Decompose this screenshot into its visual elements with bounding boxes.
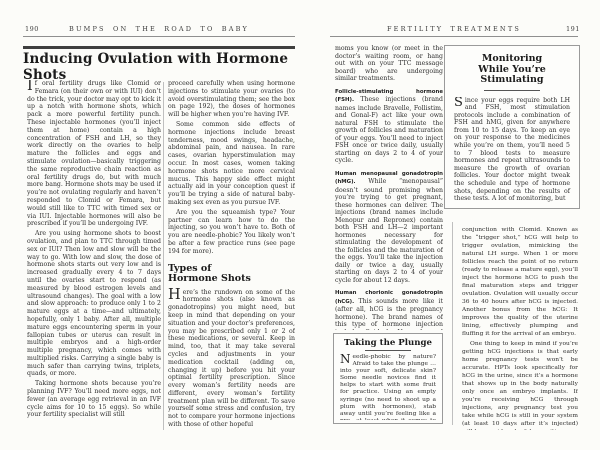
- box-title-rule: [365, 350, 411, 351]
- box-title-line: Monitoring: [445, 54, 579, 65]
- right-column-1: moms you know (or meet in the doctor’s w…: [335, 45, 443, 330]
- running-head-left: BUMPS ON THE ROAD TO BABY: [23, 25, 295, 33]
- fsh-paragraph: Follicle-stimulating hormone (FSH). Thes…: [335, 88, 443, 165]
- drop-cap: I: [27, 80, 35, 92]
- paragraph: One thing to keep in mind if you’re gett…: [462, 340, 578, 430]
- paragraph: proceed carefully when using hormone inj…: [168, 80, 295, 119]
- subhead-types-of-hormone-shots: Types of Hormone Shots: [168, 264, 295, 285]
- drop-cap: N: [340, 354, 353, 365]
- paragraph: moms you know (or meet in the doctor’s w…: [335, 45, 443, 83]
- section-title: Inducing Ovulation with Hormone Shots: [23, 51, 295, 83]
- page-number-right: 191: [566, 25, 580, 33]
- paragraph: conjunction with Clomid. Known as the “t…: [462, 226, 578, 338]
- box-title: Taking the Plunge: [334, 338, 442, 348]
- box-title-rule: [484, 90, 540, 91]
- paragraph: If oral fertility drugs like Clomid or F…: [27, 80, 161, 228]
- drop-cap: H: [168, 289, 183, 301]
- book-spread: 190 BUMPS ON THE ROAD TO BABY Inducing O…: [0, 0, 600, 450]
- subhead-line: Hormone Shots: [168, 274, 295, 285]
- left-column-1: If oral fertility drugs like Clomid or F…: [27, 80, 161, 434]
- section-rule: [23, 46, 295, 49]
- box-title-line: Stimulating: [445, 75, 579, 86]
- hcg-paragraph: Human chorionic gonadotropin (hCG). This…: [335, 289, 443, 330]
- running-head-right: FERTILITY TREATMENTS: [330, 25, 578, 33]
- column-divider-left: [163, 82, 164, 430]
- header-rule-right: [330, 36, 578, 37]
- column-divider-right: [452, 222, 453, 425]
- paragraph: Some common side effects of hormone inje…: [168, 121, 295, 207]
- taking-the-plunge-box: Taking the Plunge Needle-phobic by natur…: [333, 333, 443, 424]
- paragraph: Are you using hormone shots to boost ovu…: [27, 230, 161, 378]
- box-title: Monitoring While You’re Stimulating: [445, 54, 579, 86]
- drop-cap: S: [454, 97, 465, 109]
- right-column-2: conjunction with Clomid. Known as the “t…: [462, 226, 578, 430]
- box-text: Since your eggs require both LH and FSH,…: [445, 97, 579, 205]
- paragraph: Are you the squeamish type? Your partner…: [168, 209, 295, 256]
- box-text: Needle-phobic by nature? Afraid to take …: [334, 354, 442, 420]
- header-rule-left: [23, 36, 295, 37]
- paragraph: Taking hormone shots because you’re plan…: [27, 380, 161, 419]
- left-column-2: proceed carefully when using hormone inj…: [168, 80, 295, 434]
- hmg-paragraph: Human menopausal gonadotropin (hMG). Whi…: [335, 170, 443, 285]
- paragraph: Here’s the rundown on some of the hormon…: [168, 289, 295, 429]
- monitoring-box: Monitoring While You’re Stimulating Sinc…: [444, 45, 580, 209]
